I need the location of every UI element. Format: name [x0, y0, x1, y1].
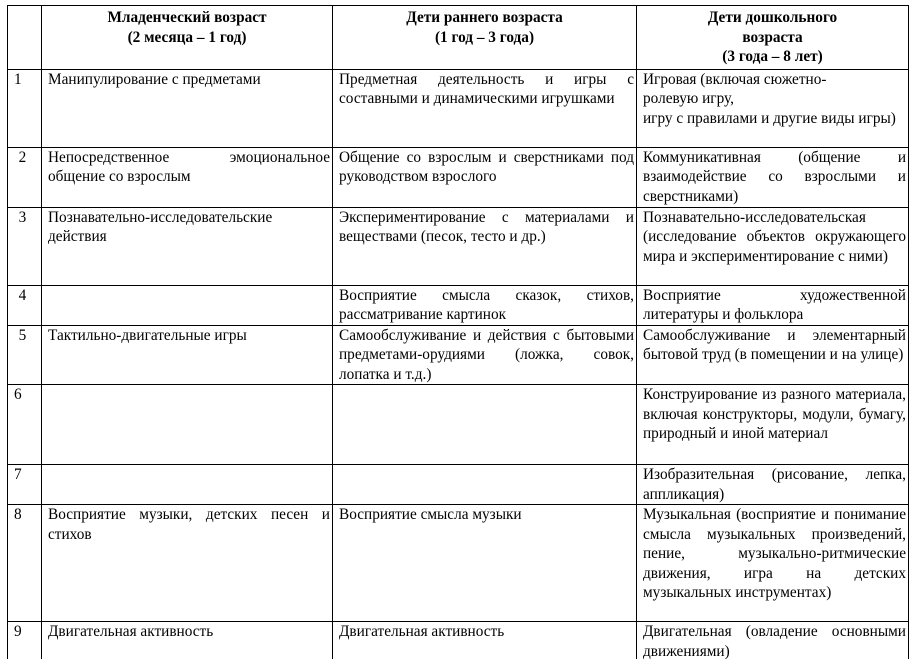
table-row: 6 Конструирование из разного материала, … — [8, 385, 909, 465]
cell-early: Экспериментирование с материалами и веще… — [333, 207, 637, 285]
table-row: 4 Восприятие смысла сказок, стихов, расс… — [8, 285, 909, 325]
cell-early: Восприятие смысла музыки — [333, 505, 637, 622]
row-number: 5 — [8, 325, 42, 385]
table-row: 8 Восприятие музыки, детских песен и сти… — [8, 505, 909, 622]
row-number: 4 — [8, 285, 42, 325]
cell-early: Двигательная активность — [333, 622, 637, 659]
row-number: 8 — [8, 505, 42, 622]
cell-infant — [42, 285, 333, 325]
table-row: 3 Познавательно-исследовательские действ… — [8, 207, 909, 285]
row-number: 6 — [8, 385, 42, 465]
header-preschool-age: Дети дошкольного возраста (3 года – 8 ле… — [637, 6, 909, 70]
cell-early — [333, 465, 637, 505]
header-num — [8, 6, 42, 70]
cell-infant: Двигательная активность — [42, 622, 333, 659]
cell-early — [333, 385, 637, 465]
cell-preschool: Двигательная (овладение основными движен… — [637, 622, 909, 659]
cell-preschool: Коммуникативная (общение и взаимодействи… — [637, 147, 909, 207]
cell-preschool: Изобразительная (рисование, лепка, аппли… — [637, 465, 909, 505]
cell-early: Восприятие смысла сказок, стихов, рассма… — [333, 285, 637, 325]
cell-early: Общение со взрослым и сверстниками под р… — [333, 147, 637, 207]
header-early-age: Дети раннего возраста (1 год – 3 года) — [333, 6, 637, 70]
header-row: Младенческий возраст (2 месяца – 1 год) … — [8, 6, 909, 70]
cell-preschool: Восприятие художественной литературы и ф… — [637, 285, 909, 325]
cell-infant: Познавательно-исследовательские действия — [42, 207, 333, 285]
cell-early: Предметная деятельность и игры с составн… — [333, 69, 637, 147]
row-number: 3 — [8, 207, 42, 285]
cell-early: Самообслуживание и действия с бытовыми п… — [333, 325, 637, 385]
cell-preschool: Конструирование из разного материала, вк… — [637, 385, 909, 465]
row-number: 2 — [8, 147, 42, 207]
row-number: 7 — [8, 465, 42, 505]
cell-infant: Непосредственное эмоциональное общение с… — [42, 147, 333, 207]
cell-infant: Восприятие музыки, детских песен и стихо… — [42, 505, 333, 622]
cell-infant: Тактильно-двигательные игры — [42, 325, 333, 385]
table-row: 1 Манипулирование с предметами Предметна… — [8, 69, 909, 147]
cell-preschool: Познавательно-исследовательская (исследо… — [637, 207, 909, 285]
cell-infant — [42, 465, 333, 505]
cell-infant: Манипулирование с предметами — [42, 69, 333, 147]
activities-by-age-table: Младенческий возраст (2 месяца – 1 год) … — [7, 5, 909, 659]
row-number: 1 — [8, 69, 42, 147]
cell-infant — [42, 385, 333, 465]
table-row: 9 Двигательная активность Двигательная а… — [8, 622, 909, 659]
table-row: 2 Непосредственное эмоциональное общение… — [8, 147, 909, 207]
row-number: 9 — [8, 622, 42, 659]
cell-preschool: Самообслуживание и элементарный бытовой … — [637, 325, 909, 385]
cell-preschool: Музыкальная (восприятие и понимание смыс… — [637, 505, 909, 622]
cell-preschool: Игровая (включая сюжетно- ролевую игру, … — [637, 69, 909, 147]
table-row: 5 Тактильно-двигательные игры Самообслуж… — [8, 325, 909, 385]
table-row: 7 Изобразительная (рисование, лепка, апп… — [8, 465, 909, 505]
header-infant-age: Младенческий возраст (2 месяца – 1 год) — [42, 6, 333, 70]
